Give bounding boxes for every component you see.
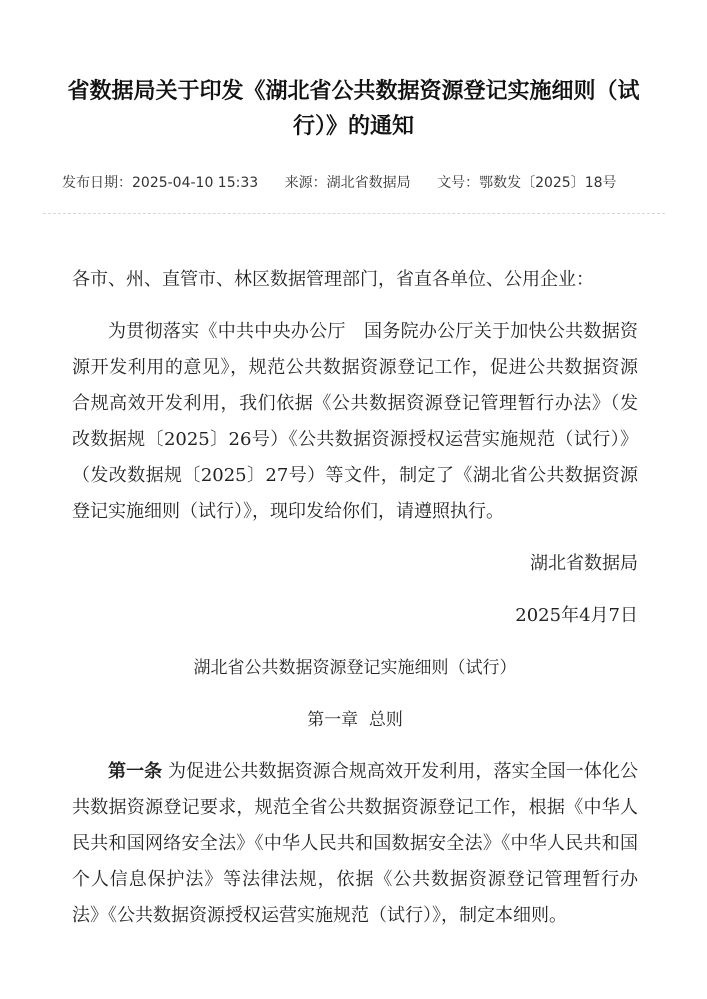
article-meta: 发布日期：2025-04-10 15:33 来源：湖北省数据局 文号：鄂数发〔2… <box>62 172 639 194</box>
publish-date: 发布日期：2025-04-10 15:33 <box>62 172 258 194</box>
publish-date-label: 发布日期： <box>62 175 132 191</box>
source-label: 来源： <box>285 175 327 191</box>
signature-date: 2025年4月7日 <box>72 598 638 634</box>
meta-divider <box>43 213 665 214</box>
source: 来源：湖北省数据局 <box>285 172 411 194</box>
article-one-label: 第一条 <box>108 761 162 782</box>
article-content: 各市、州、直管市、林区数据管理部门，省直各单位、公用企业： 为贯彻落实《中共中央… <box>72 262 638 950</box>
doc-number-label: 文号： <box>437 175 479 191</box>
article-one-text: 为促进公共数据资源合规高效开发利用，落实全国一体化公共数据资源登记要求，规范全省… <box>72 761 638 926</box>
signature: 湖北省数据局 <box>72 546 638 582</box>
document-page: 省数据局关于印发《湖北省公共数据资源登记实施细则（试行）》的通知 发布日期：20… <box>0 0 707 999</box>
doc-number-value: 鄂数发〔2025〕18号 <box>479 175 616 191</box>
body-paragraph: 为贯彻落实《中共中央办公厅 国务院办公厅关于加快公共数据资源开发利用的意见》，规… <box>72 314 638 530</box>
attachment-title: 湖北省公共数据资源登记实施细则（试行） <box>72 650 638 686</box>
page-title: 省数据局关于印发《湖北省公共数据资源登记实施细则（试行）》的通知 <box>60 74 647 144</box>
doc-number: 文号：鄂数发〔2025〕18号 <box>437 172 616 194</box>
publish-date-value: 2025-04-10 15:33 <box>132 175 258 191</box>
source-value: 湖北省数据局 <box>327 175 411 191</box>
salutation: 各市、州、直管市、林区数据管理部门，省直各单位、公用企业： <box>72 262 638 298</box>
chapter-title: 第一章 总则 <box>72 702 638 738</box>
article-one: 第一条 为促进公共数据资源合规高效开发利用，落实全国一体化公共数据资源登记要求，… <box>72 754 638 934</box>
